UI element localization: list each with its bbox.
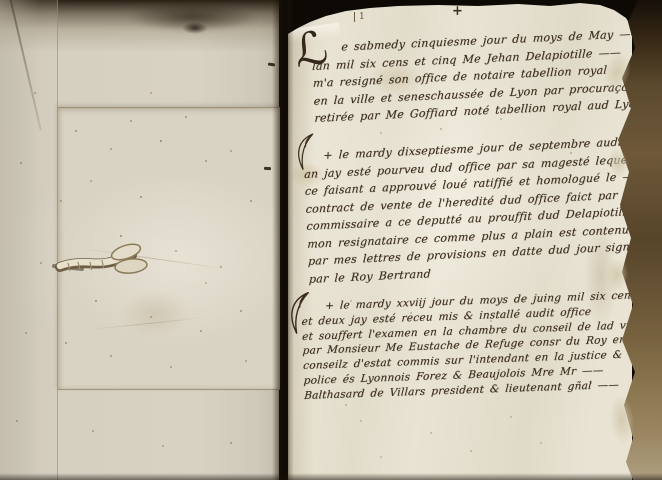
manuscript-scan: 1 + ℒe sabmedy cinquiesme jour du moys d… [0, 0, 662, 480]
cross-mark-icon: + [452, 4, 463, 20]
binding-gutter [272, 0, 294, 480]
right-page: 1 + ℒe sabmedy cinquiesme jour du moys d… [288, 0, 632, 480]
manuscript-paragraph: + le mardy xxviij jour du moys de juing … [300, 287, 662, 403]
left-page [0, 0, 279, 480]
edge-mark [264, 167, 271, 170]
dark-corner-shadow [628, 0, 662, 56]
paragraph-lines: + le mardy dixseptiesme jour de septembr… [302, 132, 660, 288]
parchment-tie-icon [48, 236, 148, 298]
manuscript-paragraph: + le mardy dixseptiesme jour de septembr… [302, 132, 660, 288]
folio-number: 1 [354, 12, 365, 22]
paragraph-lines: + le mardy xxviij jour du moys de juing … [300, 287, 662, 403]
ink-smudge [182, 22, 208, 34]
